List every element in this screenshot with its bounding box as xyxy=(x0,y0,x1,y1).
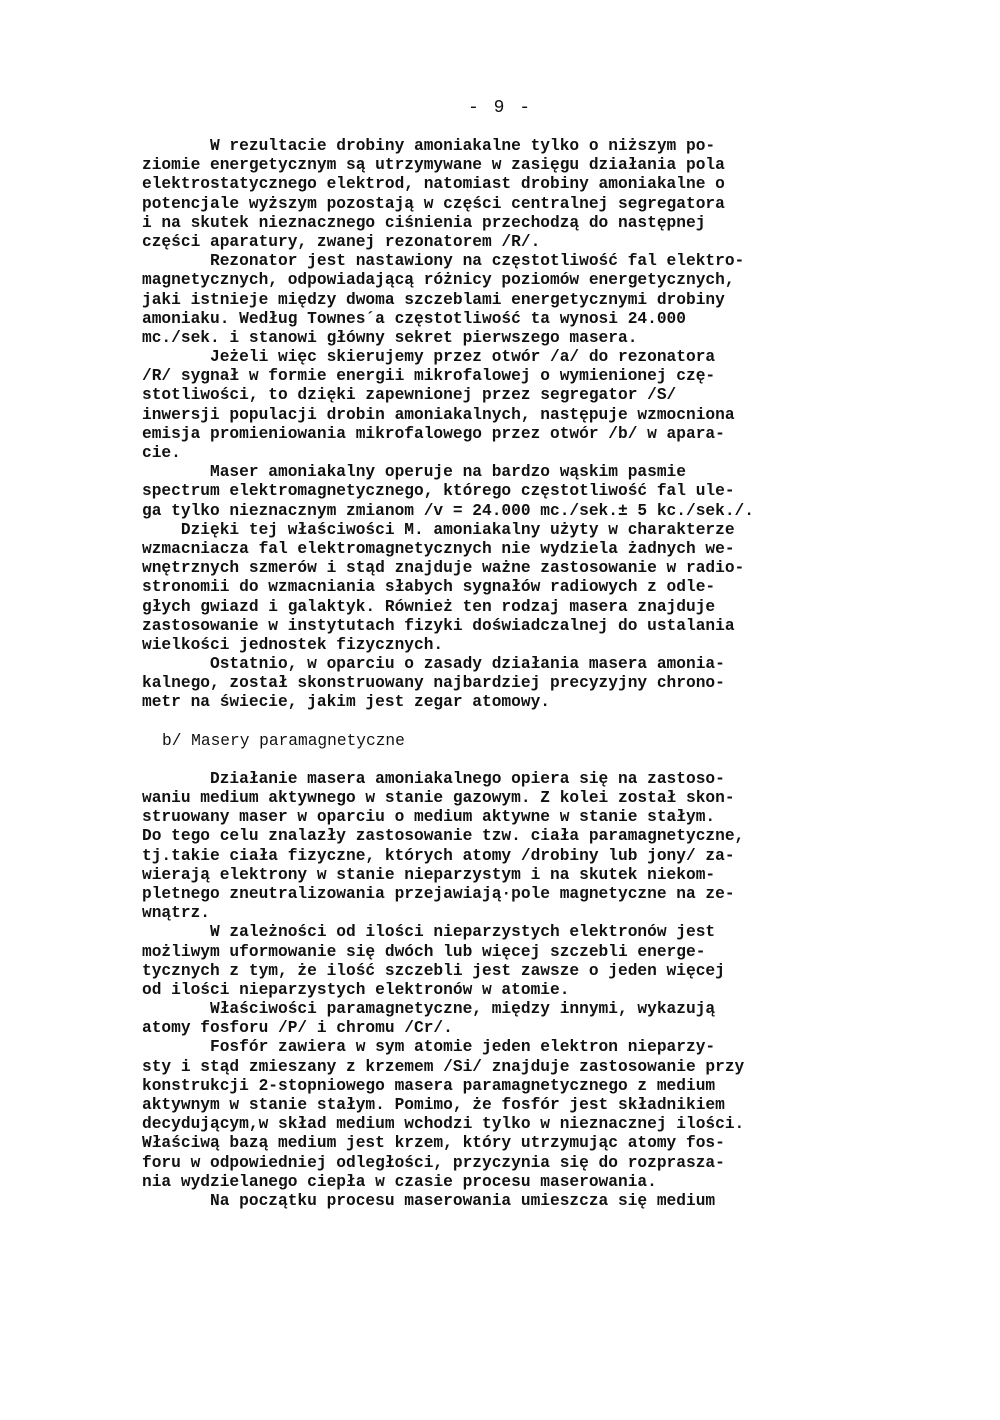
paragraph-line: mc./sek. i stanowi główny sekret pierwsz… xyxy=(142,329,902,348)
paragraph-line: Fosfór zawiera w sym atomie jeden elektr… xyxy=(142,1038,902,1057)
paragraph-line: Rezonator jest nastawiony na częstotliwo… xyxy=(142,252,902,271)
paragraph-line: ga tylko nieznacznym zmianom /v = 24.000… xyxy=(142,502,902,521)
paragraph-line: Jeżeli więc skierujemy przez otwór /a/ d… xyxy=(142,348,902,367)
paragraph-line: stronomii do wzmacniania słabych sygnałó… xyxy=(142,578,902,597)
paragraph-line: głych gwiazd i galaktyk. Również ten rod… xyxy=(142,598,902,617)
paragraph-line: elektrostatycznego elektrod, natomiast d… xyxy=(142,175,902,194)
document-body: W rezultacie drobiny amoniakalne tylko o… xyxy=(142,137,902,1211)
paragraph-line: możliwym uformowanie się dwóch lub więce… xyxy=(142,943,902,962)
paragraph-line: Maser amoniakalny operuje na bardzo wąsk… xyxy=(142,463,902,482)
paragraph-line: ziomie energetycznym są utrzymywane w za… xyxy=(142,156,902,175)
paragraph-line: magnetycznych, odpowiadającą różnicy poz… xyxy=(142,271,902,290)
paragraph-line: kalnego, został skonstruowany najbardzie… xyxy=(142,674,902,693)
paragraph-line: Dzięki tej właściwości M. amoniakalny uż… xyxy=(142,521,902,540)
paragraph-line: W rezultacie drobiny amoniakalne tylko o… xyxy=(142,137,902,156)
paragraph-line: nia wydzielanego ciepła w czasie procesu… xyxy=(142,1173,902,1192)
section-heading: b/ Masery paramagnetyczne xyxy=(142,732,902,751)
paragraph-line: atomy fosforu /P/ i chromu /Cr/. xyxy=(142,1019,902,1038)
paragraph-line: od ilości nieparzystych elektronów w ato… xyxy=(142,981,902,1000)
page-number: - 9 - xyxy=(0,98,1000,118)
paragraph-line: emisja promieniowania mikrofalowego prze… xyxy=(142,425,902,444)
paragraph-line: Właściwości paramagnetyczne, między inny… xyxy=(142,1000,902,1019)
spacer xyxy=(142,713,902,732)
paragraph-line: /R/ sygnał w formie energii mikrofalowej… xyxy=(142,367,902,386)
paragraph-line: foru w odpowiedniej odległości, przyczyn… xyxy=(142,1154,902,1173)
paragraph-line: tycznych z tym, że ilość szczebli jest z… xyxy=(142,962,902,981)
paragraph-line: potencjale wyższym pozostają w części ce… xyxy=(142,195,902,214)
paragraph-line: aktywnym w stanie stałym. Pomimo, że fos… xyxy=(142,1096,902,1115)
paragraph-line: Ostatnio, w oparciu o zasady działania m… xyxy=(142,655,902,674)
paragraph-line: inwersji populacji drobin amoniakalnych,… xyxy=(142,406,902,425)
paragraph-line: struowany maser w oparciu o medium aktyw… xyxy=(142,808,902,827)
paragraph-line: jaki istnieje między dwoma szczeblami en… xyxy=(142,291,902,310)
paragraph-line: decydującym,w skład medium wchodzi tylko… xyxy=(142,1115,902,1134)
paragraph-line: części aparatury, zwanej rezonatorem /R/… xyxy=(142,233,902,252)
paragraph-line: wzmacniacza fal elektromagnetycznych nie… xyxy=(142,540,902,559)
paragraph-line: Na początku procesu maserowania umieszcz… xyxy=(142,1192,902,1211)
spacer xyxy=(142,751,902,770)
paragraph-line: wnątrz. xyxy=(142,904,902,923)
paragraph-line: cie. xyxy=(142,444,902,463)
paragraph-line: konstrukcji 2-stopniowego masera paramag… xyxy=(142,1077,902,1096)
paragraph-line: i na skutek nieznacznego ciśnienia przec… xyxy=(142,214,902,233)
paragraph-line: Działanie masera amoniakalnego opiera si… xyxy=(142,770,902,789)
paragraph-line: stotliwości, to dzięki zapewnionej przez… xyxy=(142,386,902,405)
paragraph-line: wierają elektrony w stanie nieparzystym … xyxy=(142,866,902,885)
paragraph-line: zastosowanie w instytutach fizyki doświa… xyxy=(142,617,902,636)
paragraph-line: metr na świecie, jakim jest zegar atomow… xyxy=(142,693,902,712)
paragraph-line: pletnego zneutralizowania przejawiają·po… xyxy=(142,885,902,904)
paragraph-line: W zależności od ilości nieparzystych ele… xyxy=(142,923,902,942)
paragraph-line: tj.takie ciała fizyczne, których atomy /… xyxy=(142,847,902,866)
paragraph-line: Do tego celu znalazły zastosowanie tzw. … xyxy=(142,827,902,846)
paragraph-line: wnętrznych szmerów i stąd znajduje ważne… xyxy=(142,559,902,578)
paragraph-line: spectrum elektromagnetycznego, którego c… xyxy=(142,482,902,501)
paragraph-line: Właściwą bazą medium jest krzem, który u… xyxy=(142,1134,902,1153)
document-page: - 9 - W rezultacie drobiny amoniakalne t… xyxy=(0,0,1000,1420)
paragraph-line: waniu medium aktywnego w stanie gazowym.… xyxy=(142,789,902,808)
paragraph-line: wielkości jednostek fizycznych. xyxy=(142,636,902,655)
paragraph-line: amoniaku. Według Townes´a częstotliwość … xyxy=(142,310,902,329)
paragraph-line: sty i stąd zmieszany z krzemem /Si/ znaj… xyxy=(142,1058,902,1077)
